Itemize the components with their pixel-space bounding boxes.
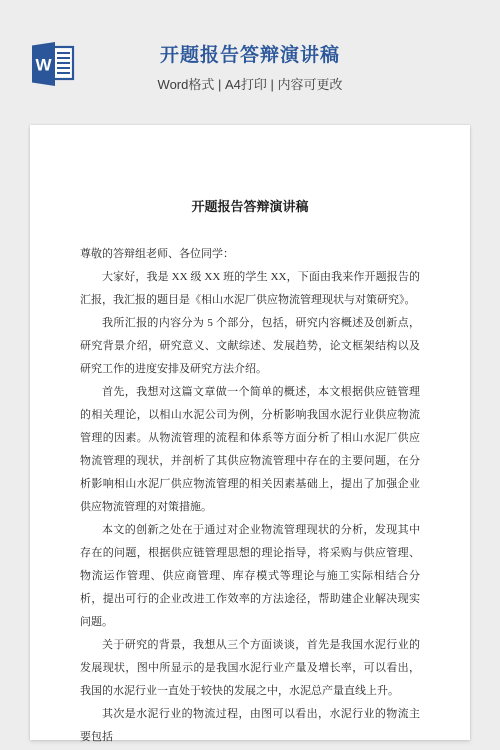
document-title: 开题报告答辩演讲稿 — [80, 197, 420, 217]
document-paragraph: 我所汇报的内容分为 5 个部分，包括，研究内容概述及创新点，研究背景介绍，研究意… — [80, 312, 420, 381]
document-paragraph: 本文的创新之处在于通过对企业物流管理现状的分析，发现其中存在的问题，根据供应链管… — [80, 519, 420, 634]
word-icon-letter: W — [35, 56, 52, 75]
document-paragraph: 其次是水泥行业的物流过程，由图可以看出，水泥行业的物流主要包括 — [80, 703, 420, 749]
document-paragraph: 关于研究的背景，我想从三个方面谈谈，首先是我国水泥行业的发展现状，图中所显示的是… — [80, 634, 420, 703]
word-icon: W — [32, 42, 76, 86]
document-paragraph: 首先，我想对这篇文章做一个简单的概述，本文根据供应链管理的相关理论，以相山水泥公… — [80, 381, 420, 519]
document-page: 开题报告答辩演讲稿 尊敬的答辩组老师、各位同学：大家好，我是 XX 级 XX 班… — [30, 125, 470, 740]
document-paragraph: 尊敬的答辩组老师、各位同学： — [80, 243, 420, 266]
document-body: 尊敬的答辩组老师、各位同学：大家好，我是 XX 级 XX 班的学生 XX，下面由… — [80, 243, 420, 749]
document-paragraph: 大家好，我是 XX 级 XX 班的学生 XX，下面由我来作开题报告的汇报，我汇报… — [80, 266, 420, 312]
header: W 开题报告答辩演讲稿 Word格式 | A4打印 | 内容可更改 — [0, 0, 500, 92]
